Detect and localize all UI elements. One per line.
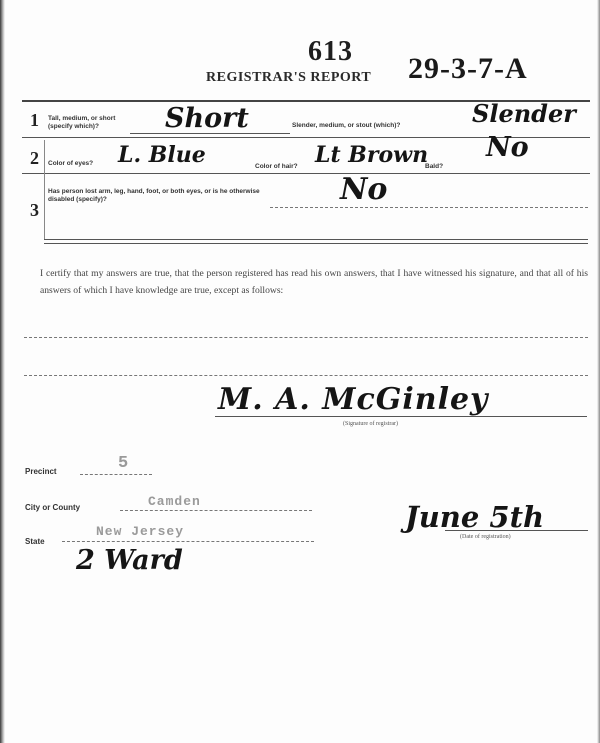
row-2-rule <box>22 173 590 174</box>
hair-color-label: Color of hair? <box>255 163 298 171</box>
registration-date: June 5th <box>405 500 544 534</box>
precinct-underline <box>80 474 152 475</box>
bald-value: No <box>486 132 529 163</box>
certification-text: I certify that my answers are true, that… <box>40 265 588 299</box>
exception-line-2 <box>24 375 588 376</box>
disability-value: No <box>340 172 387 207</box>
eye-color-label: Color of eyes? <box>48 160 93 168</box>
city-label: City or County <box>25 504 80 512</box>
height-value: Short <box>165 103 249 134</box>
form-code: 29-3-7-A <box>408 52 528 86</box>
hair-color-value: Lt Brown <box>315 142 428 168</box>
build-value: Slender <box>472 99 576 128</box>
city-underline <box>120 510 312 511</box>
exception-line-1 <box>24 337 588 338</box>
registrar-signature: M. A. McGinley <box>218 382 488 417</box>
disability-label: Has person lost arm, leg, hand, foot, or… <box>48 188 273 204</box>
state-underline <box>62 541 314 542</box>
ward-note: 2 Ward <box>76 545 183 576</box>
scan-edge-left <box>0 0 5 743</box>
question-number-2: 2 <box>30 148 39 169</box>
signature-caption: (Signature of registrar) <box>343 421 398 427</box>
row-3-rule-double <box>44 243 588 244</box>
eye-color-value: L. Blue <box>118 142 206 168</box>
height-underline <box>130 133 290 134</box>
build-label: Slender, medium, or stout (which)? <box>292 122 452 130</box>
margin-line <box>44 140 45 240</box>
serial-number: 613 <box>308 36 353 68</box>
question-number-1: 1 <box>30 110 39 131</box>
disability-underline <box>270 207 588 208</box>
document-title: REGISTRAR'S REPORT <box>206 70 371 86</box>
date-line <box>445 530 588 531</box>
date-caption: (Date of registration) <box>460 534 511 540</box>
state-label: State <box>25 538 45 546</box>
height-label: Tall, medium, or short (specify which)? <box>48 115 138 131</box>
city-value: Camden <box>148 494 201 509</box>
precinct-value: 5 <box>118 454 129 473</box>
signature-line <box>215 416 587 417</box>
bald-label: Bald? <box>425 163 443 171</box>
row-3-rule <box>44 239 588 240</box>
question-number-3: 3 <box>30 200 39 221</box>
state-value: New Jersey <box>96 524 184 539</box>
precinct-label: Precinct <box>25 468 57 476</box>
